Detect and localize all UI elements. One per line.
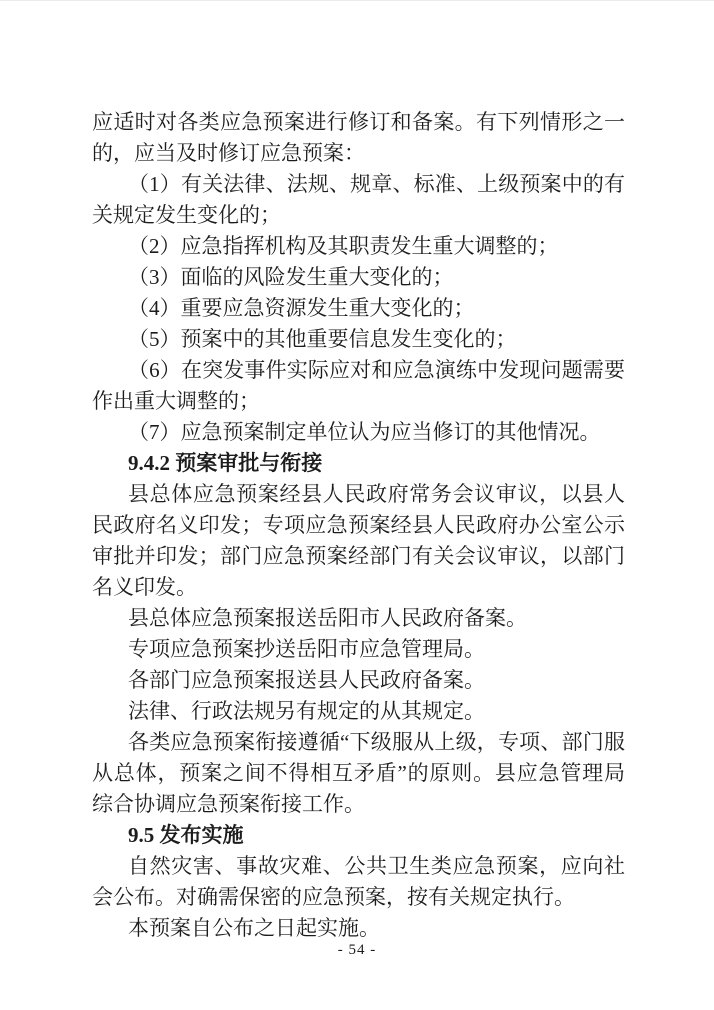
paragraph: 县总体应急预案报送岳阳市人民政府备案。 <box>92 603 625 634</box>
list-item-5: （5）预案中的其他重要信息发生变化的； <box>92 324 625 355</box>
paragraph: 各部门应急预案报送县人民政府备案。 <box>92 665 625 696</box>
list-item-6: （6）在突发事件实际应对和应急演练中发现问题需要作出重大调整的； <box>92 355 625 417</box>
document-body: 应适时对各类应急预案进行修订和备案。有下列情形之一的，应当及时修订应急预案： （… <box>92 107 625 944</box>
list-item-4: （4）重要应急资源发生重大变化的； <box>92 293 625 324</box>
paragraph: 自然灾害、事故灾难、公共卫生类应急预案，应向社会公布。对确需保密的应急预案，按有… <box>92 851 625 913</box>
page-number: - 54 - <box>0 942 714 959</box>
list-item-2: （2）应急指挥机构及其职责发生重大调整的； <box>92 231 625 262</box>
document-page: 应适时对各类应急预案进行修订和备案。有下列情形之一的，应当及时修订应急预案： （… <box>0 0 714 1010</box>
paragraph: 应适时对各类应急预案进行修订和备案。有下列情形之一的，应当及时修订应急预案： <box>92 107 625 169</box>
list-item-3: （3）面临的风险发生重大变化的； <box>92 262 625 293</box>
paragraph: 各类应急预案衔接遵循“下级服从上级，专项、部门服从总体，预案之间不得相互矛盾”的… <box>92 727 625 820</box>
paragraph: 县总体应急预案经县人民政府常务会议审议，以县人民政府名义印发；专项应急预案经县人… <box>92 479 625 603</box>
list-item-7: （7）应急预案制定单位认为应当修订的其他情况。 <box>92 417 625 448</box>
paragraph: 法律、行政法规另有规定的从其规定。 <box>92 696 625 727</box>
section-heading-9-4-2: 9.4.2 预案审批与衔接 <box>92 448 625 479</box>
paragraph: 专项应急预案抄送岳阳市应急管理局。 <box>92 634 625 665</box>
section-heading-9-5: 9.5 发布实施 <box>92 820 625 851</box>
paragraph: 本预案自公布之日起实施。 <box>92 913 625 944</box>
list-item-1: （1）有关法律、法规、规章、标准、上级预案中的有关规定发生变化的； <box>92 169 625 231</box>
